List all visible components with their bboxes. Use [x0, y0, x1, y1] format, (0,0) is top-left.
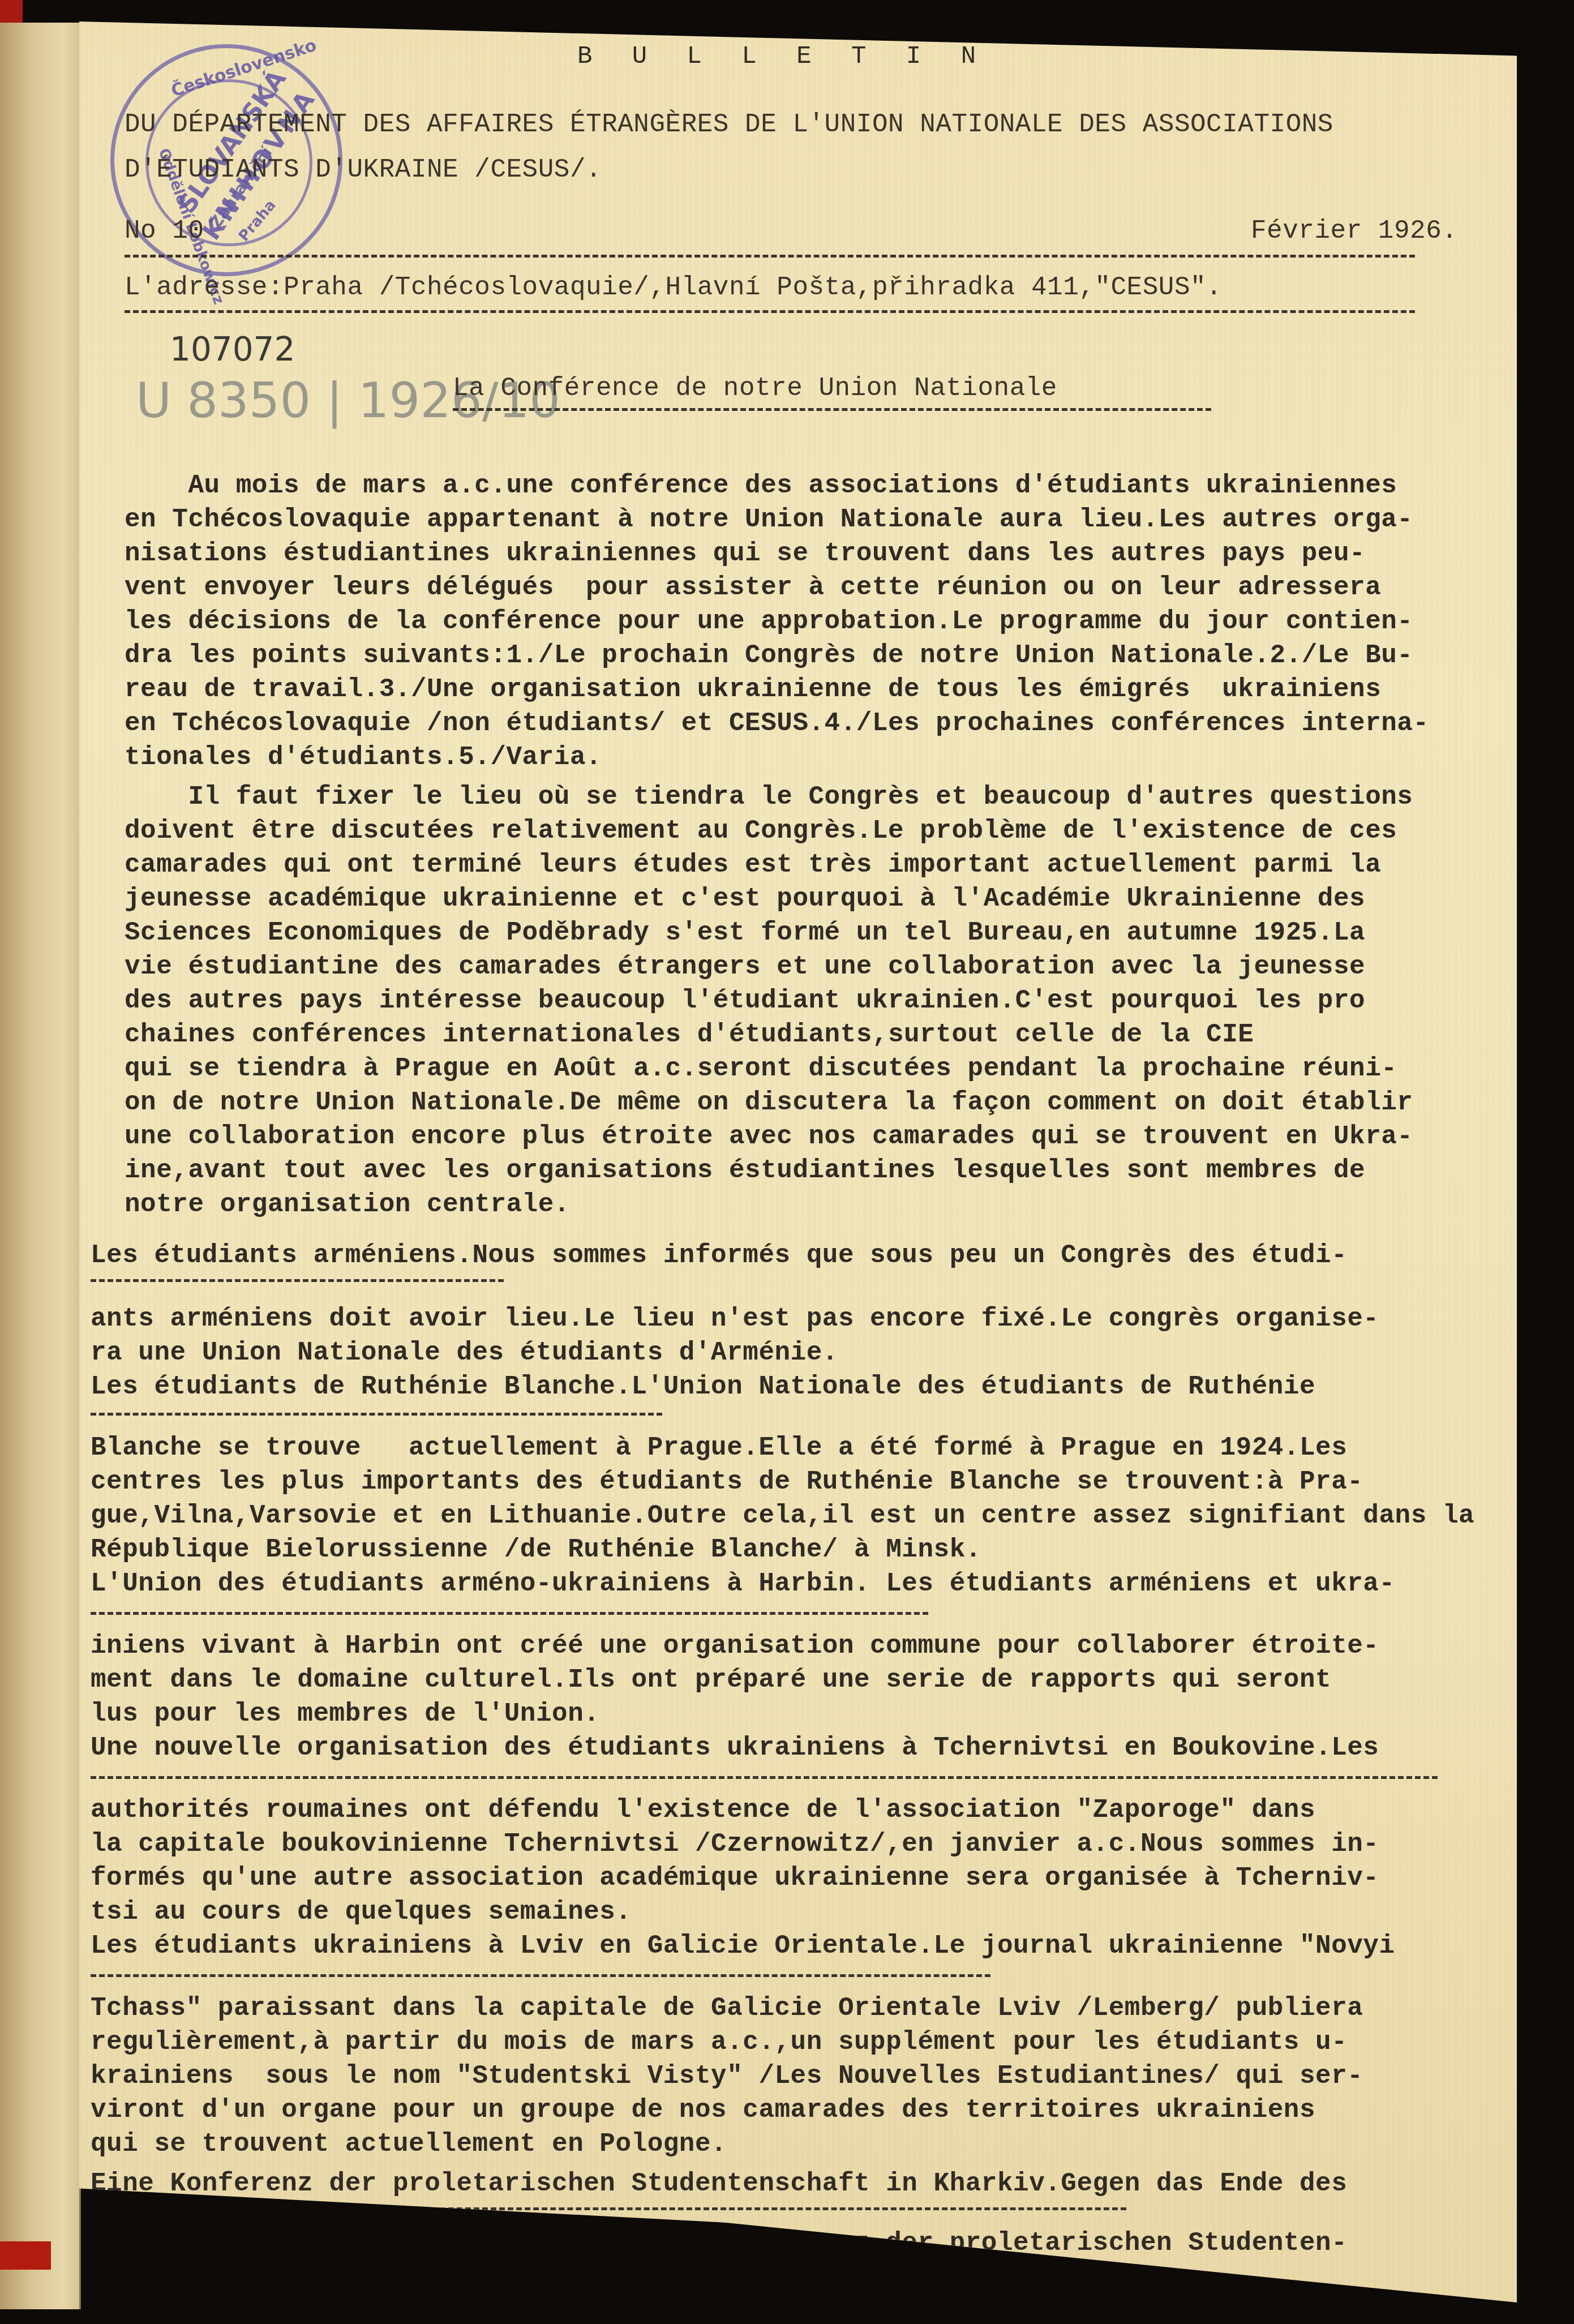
text-line: Monates Jänner l.J.fand in Kharkiv eine …: [91, 2226, 1347, 2260]
text-line: centres les plus importants des étudiant…: [91, 1465, 1363, 1499]
text-line: ants arméniens doit avoir lieu.Le lieu n…: [91, 1302, 1379, 1336]
issue-number: No 10: [125, 214, 204, 248]
text-line: chaines conférences internationales d'ét…: [125, 1018, 1254, 1052]
text-line: nisations éstudiantines ukrainiennes qui…: [125, 537, 1365, 571]
text-line: iniens vivant à Harbin ont créé une orga…: [91, 1629, 1379, 1663]
header-rule-top: [125, 255, 1415, 258]
text-line: la capitale boukovinienne Tchernivtsi /C…: [91, 1827, 1379, 1861]
text-line: dra les points suivants:1./Le prochain C…: [125, 638, 1413, 672]
news-headline-line: Eine Konferenz der proletarischen Studen…: [91, 2167, 1347, 2201]
text-line: tionales d'étudiants.5./Varia.: [125, 740, 602, 774]
text-line: notre organisation centrale.: [125, 1187, 570, 1221]
text-line: une collaboration encore plus étroite av…: [125, 1120, 1413, 1154]
issue-date: Février 1926.: [1251, 214, 1457, 248]
text-line: Sciences Economiques de Poděbrady s'est …: [125, 916, 1365, 950]
headline-underline: [91, 1776, 1438, 1779]
news-headline-line: Les étudiants de Ruthénie Blanche.L'Unio…: [91, 1370, 1315, 1404]
text-line: reau de travail.3./Une organisation ukra…: [125, 672, 1381, 706]
header-line-2: D'ÉTUDIANTS D'UKRAINE /CESUS/.: [125, 153, 602, 187]
text-line: les décisions de la conférence pour une …: [125, 604, 1413, 638]
text-line: en Tchécoslovaquie appartenant à notre U…: [125, 503, 1413, 537]
text-line: en Tchécoslovaquie /non étudiants/ et CE…: [125, 706, 1429, 740]
text-line: viront d'un organe pour un groupe de nos…: [91, 2093, 1315, 2127]
headline-underline: [91, 1612, 928, 1615]
text-line: Il faut fixer le lieu où se tiendra le C…: [125, 780, 1413, 814]
text-line-overflow: schaft von der ganzen Sowiet-Ukraine sta…: [91, 2260, 115, 2294]
text-line: doivent être discutées relativement au C…: [125, 814, 1397, 848]
headline-underline: [91, 1974, 990, 1977]
text-line: regulièrement,à partir du mois de mars a…: [91, 2025, 1347, 2059]
postal-address: L'adresse:Praha /Tchécoslovaquie/,Hlavní…: [125, 271, 1222, 305]
news-headline-line: L'Union des étudiants arméno-ukrainiens …: [91, 1567, 1395, 1601]
headline-underline: [91, 1279, 504, 1282]
document-page: Československo SLOVANSKÁ KNIHOVNA Zahran…: [79, 22, 1517, 2302]
header-rule-bottom: [125, 310, 1415, 313]
section-heading-underline: [453, 408, 1211, 411]
text-line: Au mois de mars a.c.une conférence des a…: [125, 469, 1397, 503]
text-line: des autres pays intéresse beaucoup l'étu…: [125, 984, 1365, 1018]
news-headline-line: Les étudiants ukrainiens à Lviv en Galic…: [91, 1929, 1395, 1963]
book-binding: [0, 23, 81, 2309]
text-line: formés qu'une autre association académiq…: [91, 1861, 1379, 1895]
text-line: vie éstudiantine des camarades étrangers…: [125, 950, 1365, 984]
text-line: jeunesse académique ukrainienne et c'est…: [125, 882, 1365, 916]
binding-edge-red-bottom: [0, 2241, 51, 2270]
text-line: ine,avant tout avec les organisations és…: [125, 1154, 1365, 1187]
text-line: gue,Vilna,Varsovie et en Lithuanie.Outre…: [91, 1499, 1474, 1533]
text-line: Tchass" paraissant dans la capitale de G…: [91, 1991, 1363, 2025]
text-line: qui se trouvent actuellement en Pologne.: [91, 2127, 727, 2161]
text-line: tsi au cours de quelques semaines.: [91, 1895, 632, 1929]
text-line: lus pour les membres de l'Union.: [91, 1697, 599, 1731]
binding-edge-red-top: [0, 0, 23, 23]
text-line: qui se tiendra à Prague en Août a.c.sero…: [125, 1052, 1397, 1086]
text-line: krainiens sous le nom "Studentski Visty"…: [91, 2059, 1363, 2093]
bulletin-title: B U L L E T I N: [577, 40, 988, 74]
text-line: camarades qui ont terminé leurs études e…: [125, 848, 1381, 882]
text-line: République Bielorussienne /de Ruthénie B…: [91, 1533, 981, 1567]
headline-underline: [91, 2207, 1126, 2210]
text-line: ment dans le domaine culturel.Ils ont pr…: [91, 1663, 1331, 1697]
news-headline-line: Une nouvelle organisation des étudiants …: [91, 1731, 1379, 1765]
news-headline-line: Les étudiants arméniens.Nous sommes info…: [91, 1238, 1347, 1272]
section-heading: La Conférence de notre Union Nationale: [453, 371, 1057, 405]
text-line: vent envoyer leurs délégués pour assiste…: [125, 571, 1381, 604]
headline-underline: [91, 1413, 662, 1416]
accession-number: 107072: [170, 330, 295, 368]
text-line: on de notre Union Nationale.De même on d…: [125, 1086, 1413, 1120]
text-line: ra une Union Nationale des étudiants d'A…: [91, 1336, 838, 1370]
text-line: Blanche se trouve actuellement à Prague.…: [91, 1431, 1347, 1465]
header-line-1: DU DÉPARTEMENT DES AFFAIRES ÉTRANGÈRES D…: [125, 108, 1333, 142]
text-line: authorités roumaines ont défendu l'exist…: [91, 1793, 1315, 1827]
